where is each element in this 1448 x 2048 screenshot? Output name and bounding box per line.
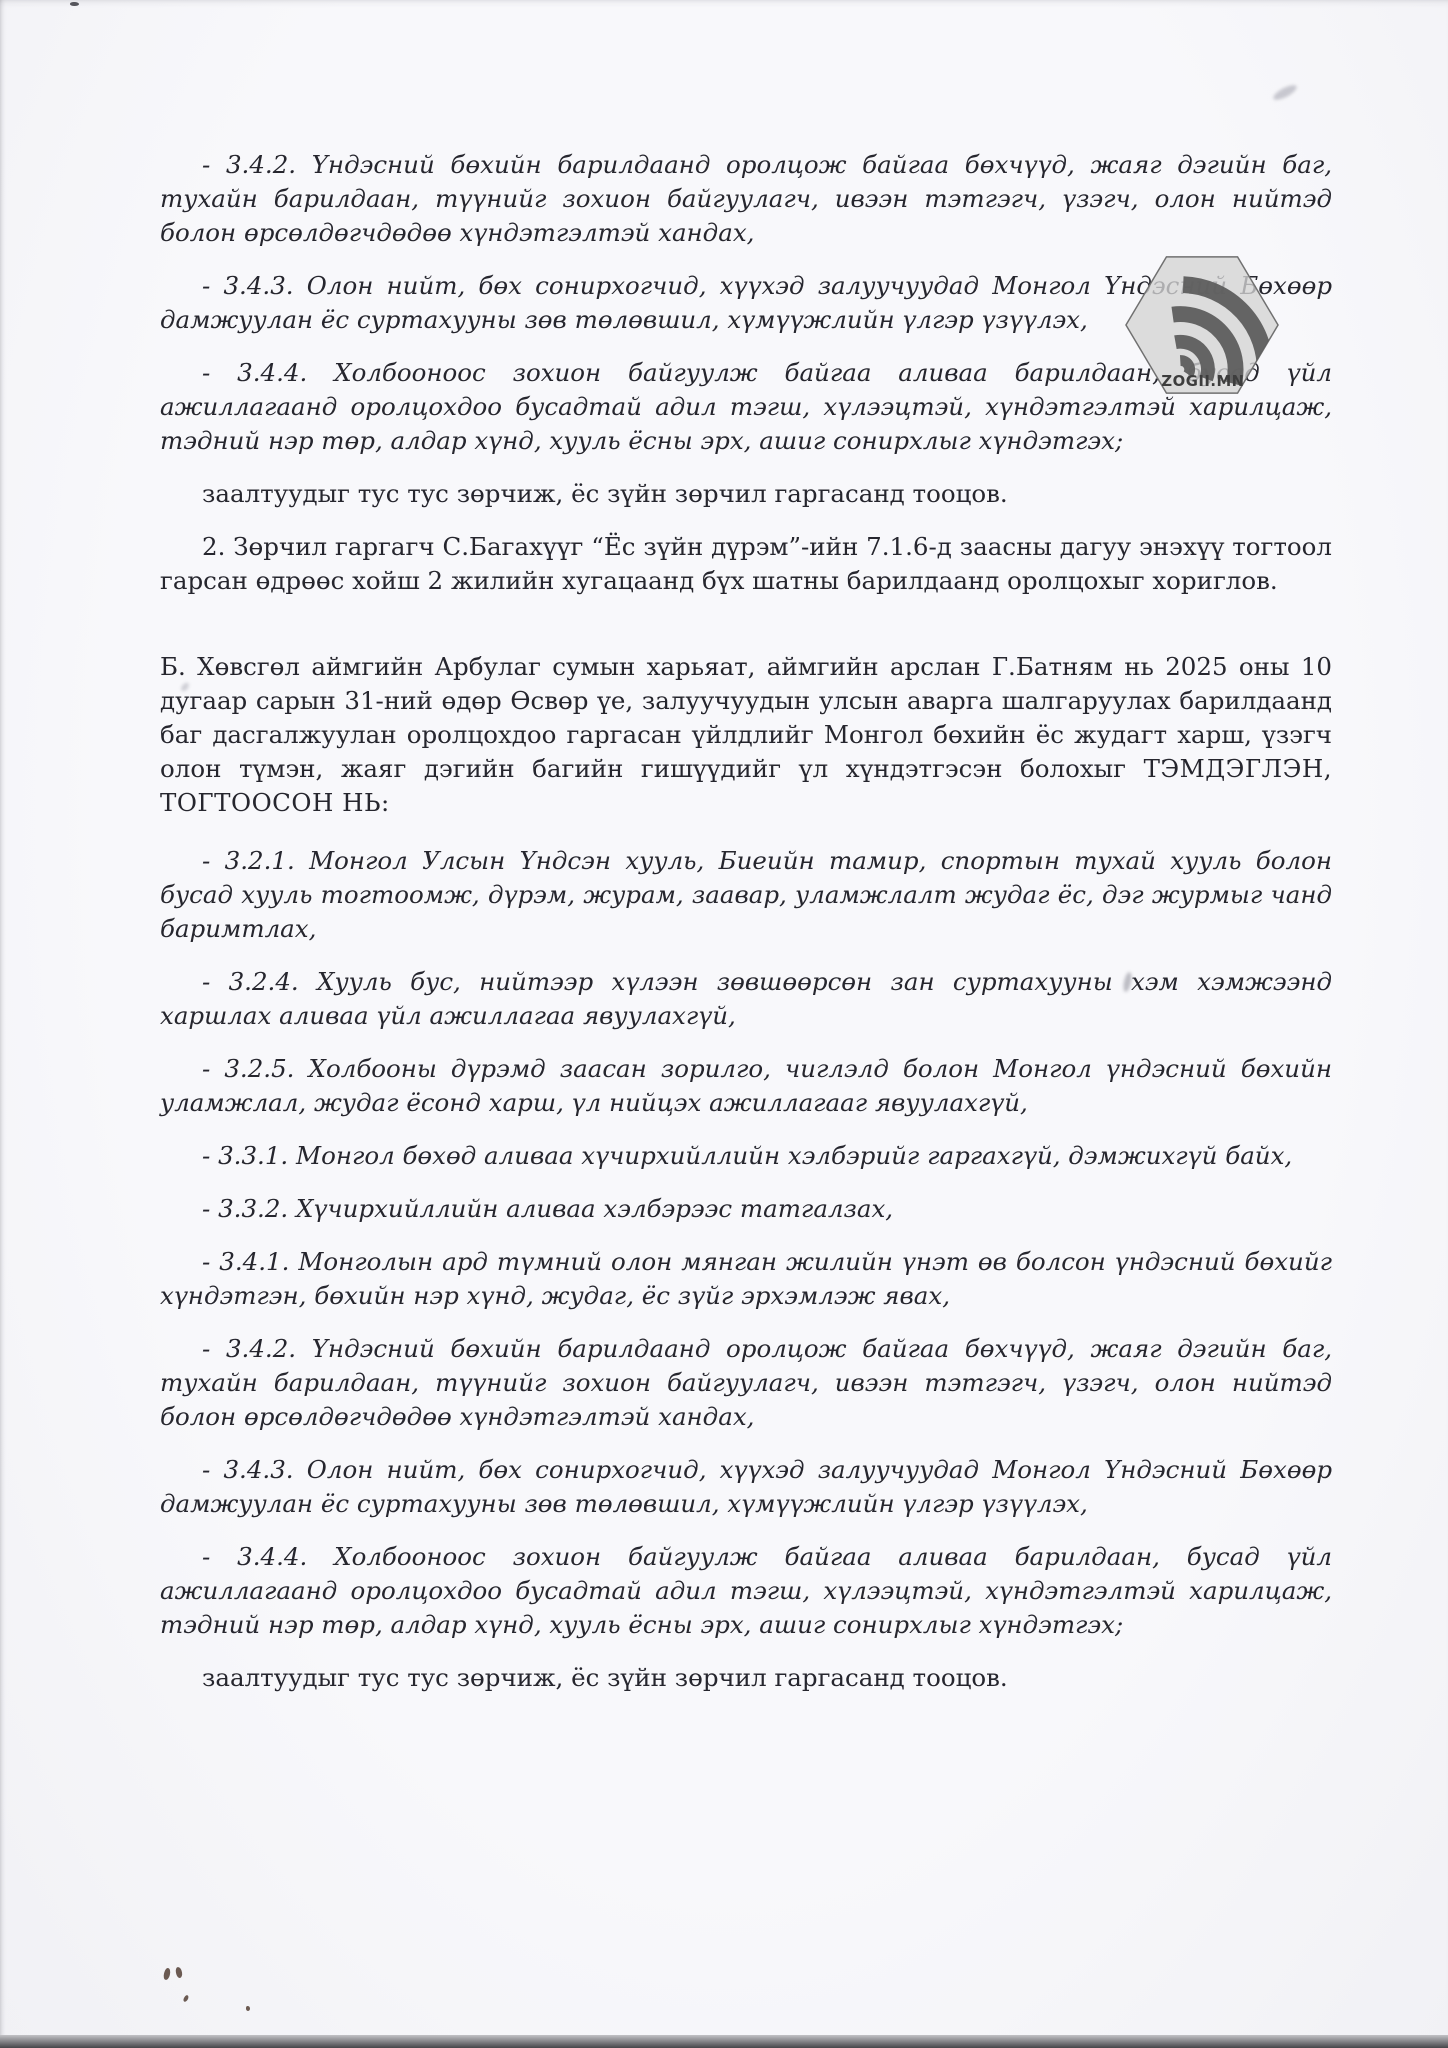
clause-3-4-4-second: - 3.4.4. Холбооноос зохион байгуулж байг… — [160, 1540, 1332, 1642]
clause-3-2-1: - 3.2.1. Монгол Улсын Үндсэн хууль, Биеи… — [160, 844, 1332, 946]
clause-3-2-5: - 3.2.5. Холбооны дүрэмд заасан зорилго,… — [160, 1052, 1332, 1120]
scan-speck — [246, 2006, 250, 2011]
clause-3-2-4: - 3.2.4. Хууль бус, нийтээр хүлээн зөвшө… — [160, 965, 1332, 1033]
section-b-paragraph: Б. Хөвсгөл аймгийн Арбулаг сумын харьяат… — [160, 650, 1332, 820]
clause-3-3-1: - 3.3.1. Монгол бөхөд аливаа хүчирхийлли… — [160, 1139, 1332, 1173]
clause-3-4-2-first: - 3.4.2. Үндэсний бөхийн барилдаанд орол… — [160, 148, 1332, 250]
scan-edge — [0, 2035, 1448, 2048]
clause-3-4-3-first: - 3.4.3. Олон нийт, бөх сонирхогчид, хүү… — [160, 269, 1332, 337]
clause-3-4-3-second: - 3.4.3. Олон нийт, бөх сонирхогчид, хүү… — [160, 1453, 1332, 1521]
scan-speck — [70, 2, 79, 6]
scan-speck — [175, 1967, 183, 1979]
clause-3-4-1: - 3.4.1. Монголын ард түмний олон мянган… — [160, 1245, 1332, 1313]
scan-speck — [163, 1967, 172, 1980]
document-body: - 3.4.2. Үндэсний бөхийн барилдаанд орол… — [160, 148, 1332, 1714]
conclusion-line-first: заалтуудыг тус тус зөрчиж, ёс зүйн зөрчи… — [160, 477, 1332, 511]
clause-3-4-4-first: - 3.4.4. Холбооноос зохион байгуулж байг… — [160, 356, 1332, 458]
clause-3-4-2-second: - 3.4.2. Үндэсний бөхийн барилдаанд орол… — [160, 1332, 1332, 1434]
conclusion-line-second: заалтуудыг тус тус зөрчиж, ёс зүйн зөрчи… — [160, 1661, 1332, 1695]
scan-speck — [183, 1994, 190, 2002]
decision-item-2: 2. Зөрчил гаргагч С.Багахүүг “Ёс зүйн дү… — [160, 530, 1332, 598]
clause-3-3-2: - 3.3.2. Хүчирхийллийн аливаа хэлбэрээс … — [160, 1192, 1332, 1226]
scanned-document-page: - 3.4.2. Үндэсний бөхийн барилдаанд орол… — [0, 0, 1448, 2048]
scan-smudge — [1271, 82, 1298, 102]
